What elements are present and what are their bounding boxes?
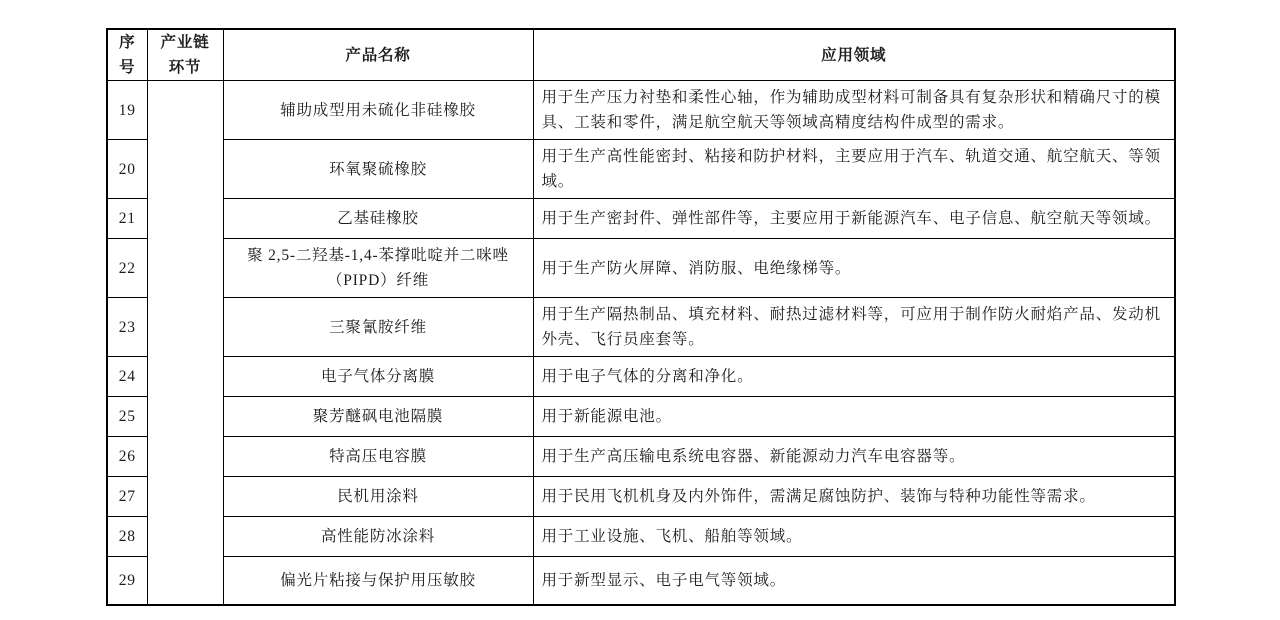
- application-field-cell: 用于生产防火屏障、消防服、电绝缘梯等。: [533, 239, 1175, 298]
- product-name-cell: 辅助成型用未硫化非硅橡胶: [223, 81, 533, 140]
- row-number-cell: 28: [107, 517, 147, 557]
- row-number-cell: 22: [107, 239, 147, 298]
- product-name-cell: 高性能防冰涂料: [223, 517, 533, 557]
- product-name-cell: 三聚氰胺纤维: [223, 298, 533, 357]
- document-page: 序 号 产业链 环节 产品名称 应用领域 19辅助成型用未硫化非硅橡胶用于生产压…: [0, 0, 1280, 620]
- col-header-product-name: 产品名称: [223, 29, 533, 81]
- application-field-cell: 用于生产高压输电系统电容器、新能源动力汽车电容器等。: [533, 437, 1175, 477]
- table-row: 20环氧聚硫橡胶用于生产高性能密封、粘接和防护材料，主要应用于汽车、轨道交通、航…: [107, 140, 1175, 199]
- product-name-cell: 偏光片粘接与保护用压敏胶: [223, 557, 533, 605]
- application-field-cell: 用于生产压力衬垫和柔性心轴，作为辅助成型材料可制备具有复杂形状和精确尺寸的模具、…: [533, 81, 1175, 140]
- product-name-cell: 聚芳醚砜电池隔膜: [223, 397, 533, 437]
- row-number-cell: 24: [107, 357, 147, 397]
- table-row: 24电子气体分离膜用于电子气体的分离和净化。: [107, 357, 1175, 397]
- products-table: 序 号 产业链 环节 产品名称 应用领域 19辅助成型用未硫化非硅橡胶用于生产压…: [106, 28, 1176, 606]
- table-row: 29偏光片粘接与保护用压敏胶用于新型显示、电子电气等领域。: [107, 557, 1175, 605]
- table-row: 21乙基硅橡胶用于生产密封件、弹性部件等，主要应用于新能源汽车、电子信息、航空航…: [107, 199, 1175, 239]
- row-number-cell: 23: [107, 298, 147, 357]
- application-field-cell: 用于生产隔热制品、填充材料、耐热过滤材料等，可应用于制作防火耐焰产品、发动机外壳…: [533, 298, 1175, 357]
- col-header-serial-number: 序 号: [107, 29, 147, 81]
- row-number-cell: 25: [107, 397, 147, 437]
- product-name-cell: 乙基硅橡胶: [223, 199, 533, 239]
- application-field-cell: 用于民用飞机机身及内外饰件，需满足腐蚀防护、装饰与特种功能性等需求。: [533, 477, 1175, 517]
- industry-chain-merged-cell: [147, 81, 223, 605]
- application-field-cell: 用于生产高性能密封、粘接和防护材料，主要应用于汽车、轨道交通、航空航天、等领域。: [533, 140, 1175, 199]
- application-field-cell: 用于生产密封件、弹性部件等，主要应用于新能源汽车、电子信息、航空航天等领域。: [533, 199, 1175, 239]
- table-body: 19辅助成型用未硫化非硅橡胶用于生产压力衬垫和柔性心轴，作为辅助成型材料可制备具…: [107, 81, 1175, 605]
- table-row: 19辅助成型用未硫化非硅橡胶用于生产压力衬垫和柔性心轴，作为辅助成型材料可制备具…: [107, 81, 1175, 140]
- product-name-cell: 民机用涂料: [223, 477, 533, 517]
- table-row: 27民机用涂料用于民用飞机机身及内外饰件，需满足腐蚀防护、装饰与特种功能性等需求…: [107, 477, 1175, 517]
- header-row: 序 号 产业链 环节 产品名称 应用领域: [107, 29, 1175, 81]
- col-header-application-field: 应用领域: [533, 29, 1175, 81]
- application-field-cell: 用于工业设施、飞机、船舶等领域。: [533, 517, 1175, 557]
- table-header: 序 号 产业链 环节 产品名称 应用领域: [107, 29, 1175, 81]
- row-number-cell: 29: [107, 557, 147, 605]
- col-header-industry-chain-segment: 产业链 环节: [147, 29, 223, 81]
- application-field-cell: 用于新型显示、电子电气等领域。: [533, 557, 1175, 605]
- row-number-cell: 21: [107, 199, 147, 239]
- row-number-cell: 19: [107, 81, 147, 140]
- table-row: 25聚芳醚砜电池隔膜用于新能源电池。: [107, 397, 1175, 437]
- row-number-cell: 20: [107, 140, 147, 199]
- row-number-cell: 27: [107, 477, 147, 517]
- table-row: 26特高压电容膜用于生产高压输电系统电容器、新能源动力汽车电容器等。: [107, 437, 1175, 477]
- row-number-cell: 26: [107, 437, 147, 477]
- application-field-cell: 用于新能源电池。: [533, 397, 1175, 437]
- product-name-cell: 电子气体分离膜: [223, 357, 533, 397]
- table-row: 28高性能防冰涂料用于工业设施、飞机、船舶等领域。: [107, 517, 1175, 557]
- product-name-cell: 特高压电容膜: [223, 437, 533, 477]
- product-name-cell: 聚 2,5-二羟基-1,4-苯撑吡啶并二咪唑 （PIPD）纤维: [223, 239, 533, 298]
- product-name-cell: 环氧聚硫橡胶: [223, 140, 533, 199]
- table-row: 22聚 2,5-二羟基-1,4-苯撑吡啶并二咪唑 （PIPD）纤维用于生产防火屏…: [107, 239, 1175, 298]
- application-field-cell: 用于电子气体的分离和净化。: [533, 357, 1175, 397]
- table-row: 23三聚氰胺纤维用于生产隔热制品、填充材料、耐热过滤材料等，可应用于制作防火耐焰…: [107, 298, 1175, 357]
